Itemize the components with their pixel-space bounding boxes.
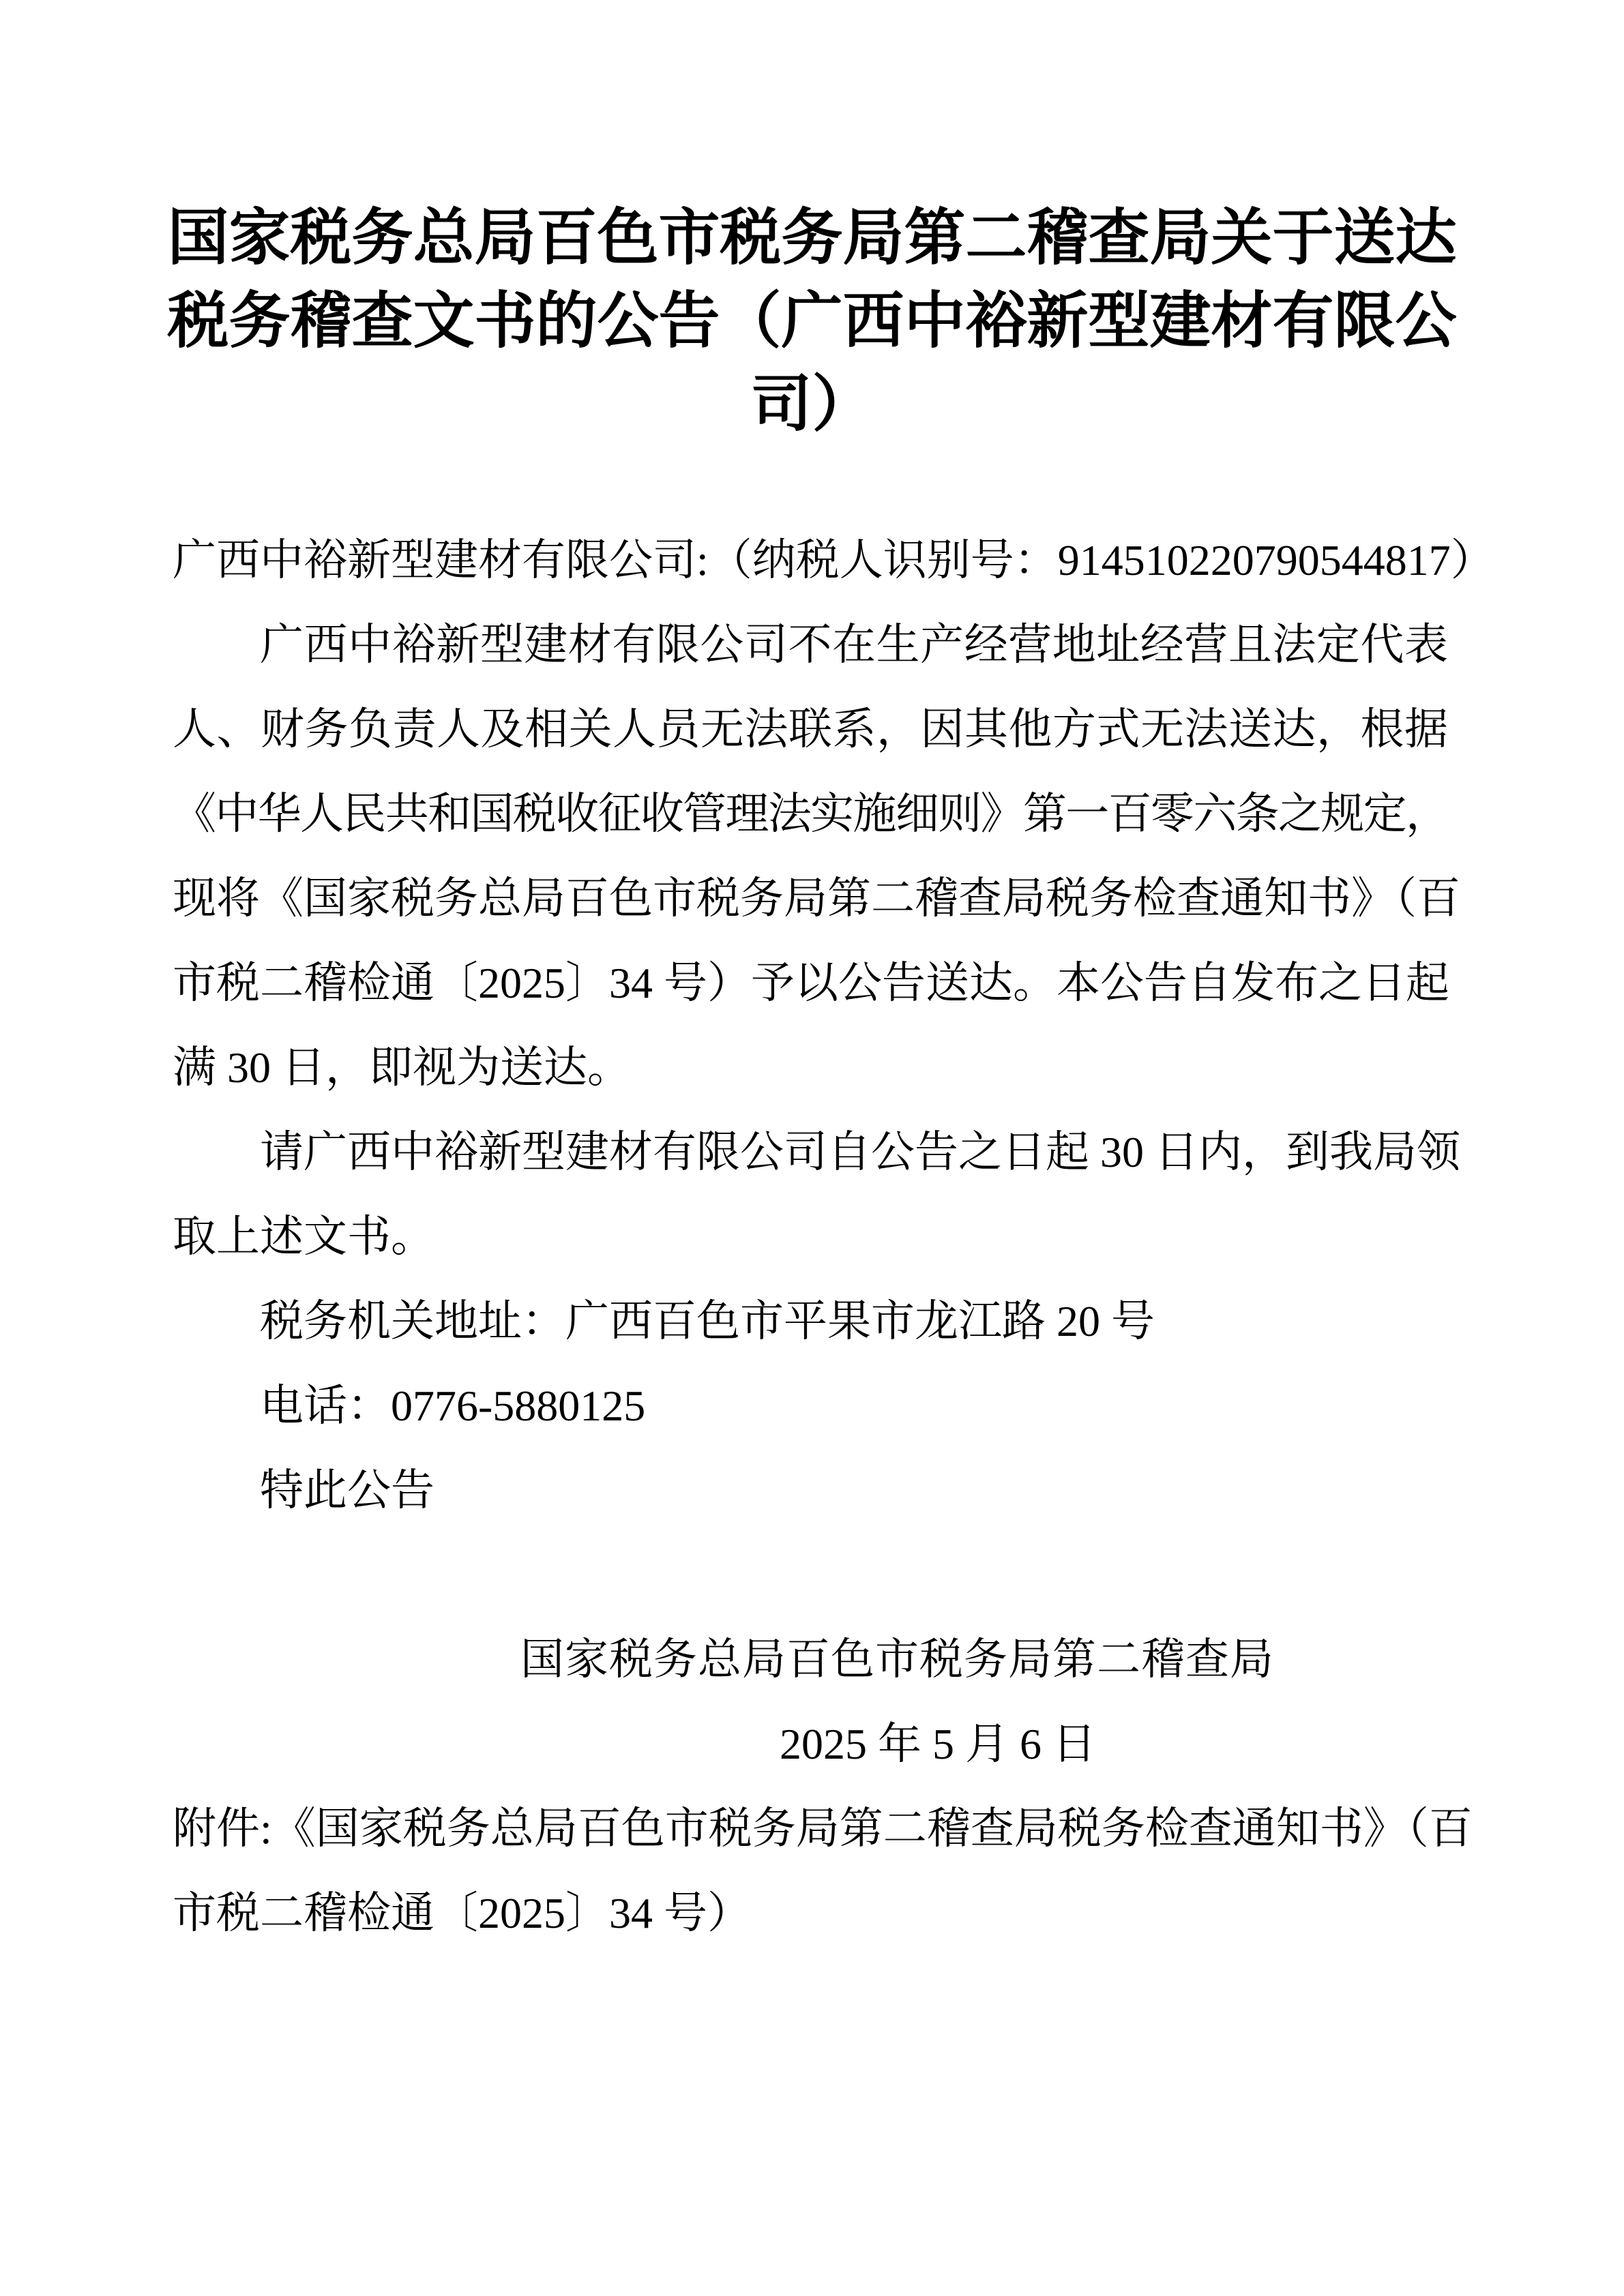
text-line: 市税二稽检通〔2025〕34 号） bbox=[173, 1871, 1448, 1956]
paragraph-recipient: 广西中裕新型建材有限公司:（纳税人识别号：914510220790544817） bbox=[173, 518, 1448, 603]
text-line: 满 30 日，即视为送达。 bbox=[173, 1026, 1448, 1110]
text-line: 现将《国家税务总局百色市税务局第二稽查局税务检查通知书》（百 bbox=[173, 856, 1448, 941]
text-line: 税务稽查文书的公告（广西中裕新型建材有限公 bbox=[157, 280, 1467, 363]
document-page: 国家税务总局百色市税务局第二稽查局关于送达税务稽查文书的公告（广西中裕新型建材有… bbox=[0, 0, 1624, 2296]
paragraph-tax-office-address: 税务机关地址：广西百色市平果市龙江路 20 号 bbox=[173, 1279, 1448, 1364]
text-line: 特此公告 bbox=[173, 1448, 1448, 1533]
signature-block: 国家税务总局百色市税务局第二稽查局 bbox=[173, 1617, 1448, 1702]
text-line: 《中华人民共和国税收征收管理法实施细则》第一百零六条之规定， bbox=[173, 772, 1448, 856]
text-line: 广西中裕新型建材有限公司:（纳税人识别号：914510220790544817） bbox=[173, 518, 1448, 603]
text-line: 2025 年 5 月 6 日 bbox=[780, 1702, 1448, 1787]
text-line: 电话：0776-5880125 bbox=[173, 1364, 1448, 1448]
date-line-block: 2025 年 5 月 6 日 bbox=[173, 1702, 1448, 1787]
paragraph-attachment: 附件:《国家税务总局百色市税务局第二稽查局税务检查通知书》（百市税二稽检通〔20… bbox=[173, 1787, 1448, 1956]
text-line: 广西中裕新型建材有限公司不在生产经营地址经营且法定代表 bbox=[173, 603, 1448, 687]
text-line: 附件:《国家税务总局百色市税务局第二稽查局税务检查通知书》（百 bbox=[173, 1787, 1448, 1871]
text-line: 税务机关地址：广西百色市平果市龙江路 20 号 bbox=[173, 1279, 1448, 1364]
text-line: 司） bbox=[157, 363, 1467, 447]
paragraph-request: 请广西中裕新型建材有限公司自公告之日起 30 日内，到我局领取上述文书。 bbox=[173, 1110, 1448, 1279]
text-line: 请广西中裕新型建材有限公司自公告之日起 30 日内，到我局领 bbox=[173, 1110, 1448, 1195]
paragraph-phone: 电话：0776-5880125 bbox=[173, 1364, 1448, 1448]
document-title: 国家税务总局百色市税务局第二稽查局关于送达税务稽查文书的公告（广西中裕新型建材有… bbox=[157, 197, 1467, 447]
text-line: 人、财务负责人及相关人员无法联系，因其他方式无法送达，根据 bbox=[173, 687, 1448, 772]
text-line: 取上述文书。 bbox=[173, 1195, 1448, 1279]
text-line: 国家税务总局百色市税务局第二稽查局关于送达 bbox=[157, 197, 1467, 280]
paragraph-closing: 特此公告 bbox=[173, 1448, 1448, 1533]
text-line: 市税二稽检通〔2025〕34 号）予以公告送达。本公告自发布之日起 bbox=[173, 941, 1448, 1026]
text-line: 国家税务总局百色市税务局第二稽查局 bbox=[520, 1617, 1448, 1702]
paragraph-main: 广西中裕新型建材有限公司不在生产经营地址经营且法定代表人、财务负责人及相关人员无… bbox=[173, 603, 1448, 1110]
document-body: 广西中裕新型建材有限公司:（纳税人识别号：914510220790544817）… bbox=[173, 518, 1448, 1956]
